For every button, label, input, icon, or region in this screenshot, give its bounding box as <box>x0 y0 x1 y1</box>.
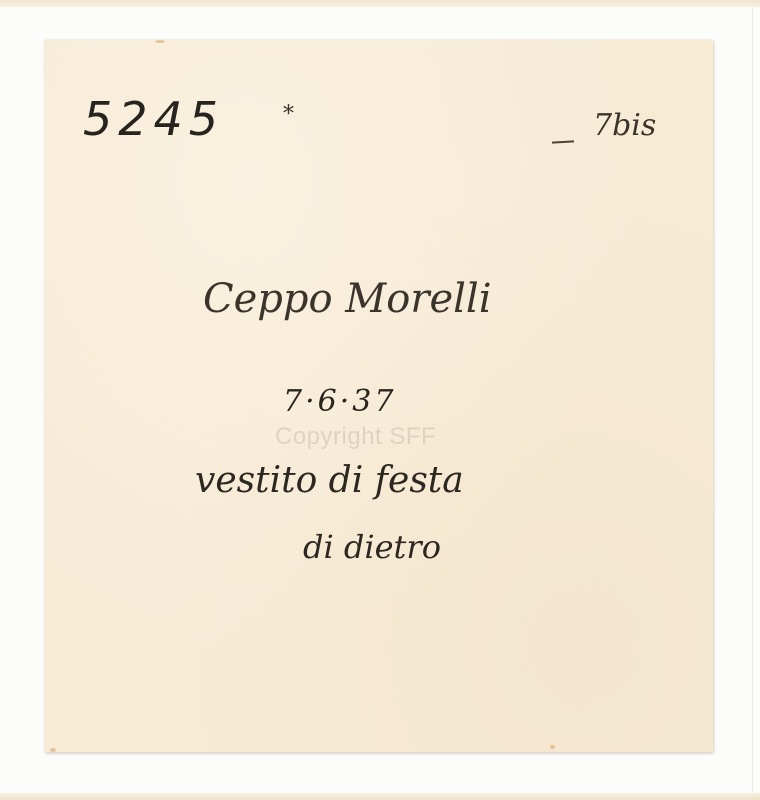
copyright-watermark: Copyright SFF <box>275 423 436 451</box>
sheet-label: 7bis <box>593 108 656 143</box>
catalog-number: 5245 <box>83 92 224 146</box>
catalog-mark: * <box>283 102 294 127</box>
sheet-label-dash <box>552 140 574 143</box>
description-line-1: vestito di festa <box>195 460 464 501</box>
subject-name: Ceppo Morelli <box>203 276 492 322</box>
description-line-2: di dietro <box>303 528 441 566</box>
frame-edge-top <box>0 0 760 7</box>
paper-stain <box>50 748 56 752</box>
mat-edge-line <box>752 7 753 793</box>
date: 7·6·37 <box>283 384 396 419</box>
paper-stain <box>550 745 555 749</box>
frame-edge-bottom <box>0 793 760 800</box>
paper-stain <box>155 40 165 43</box>
archival-card: 5245 * 7bis Ceppo Morelli 7·6·37 vestito… <box>45 40 713 752</box>
